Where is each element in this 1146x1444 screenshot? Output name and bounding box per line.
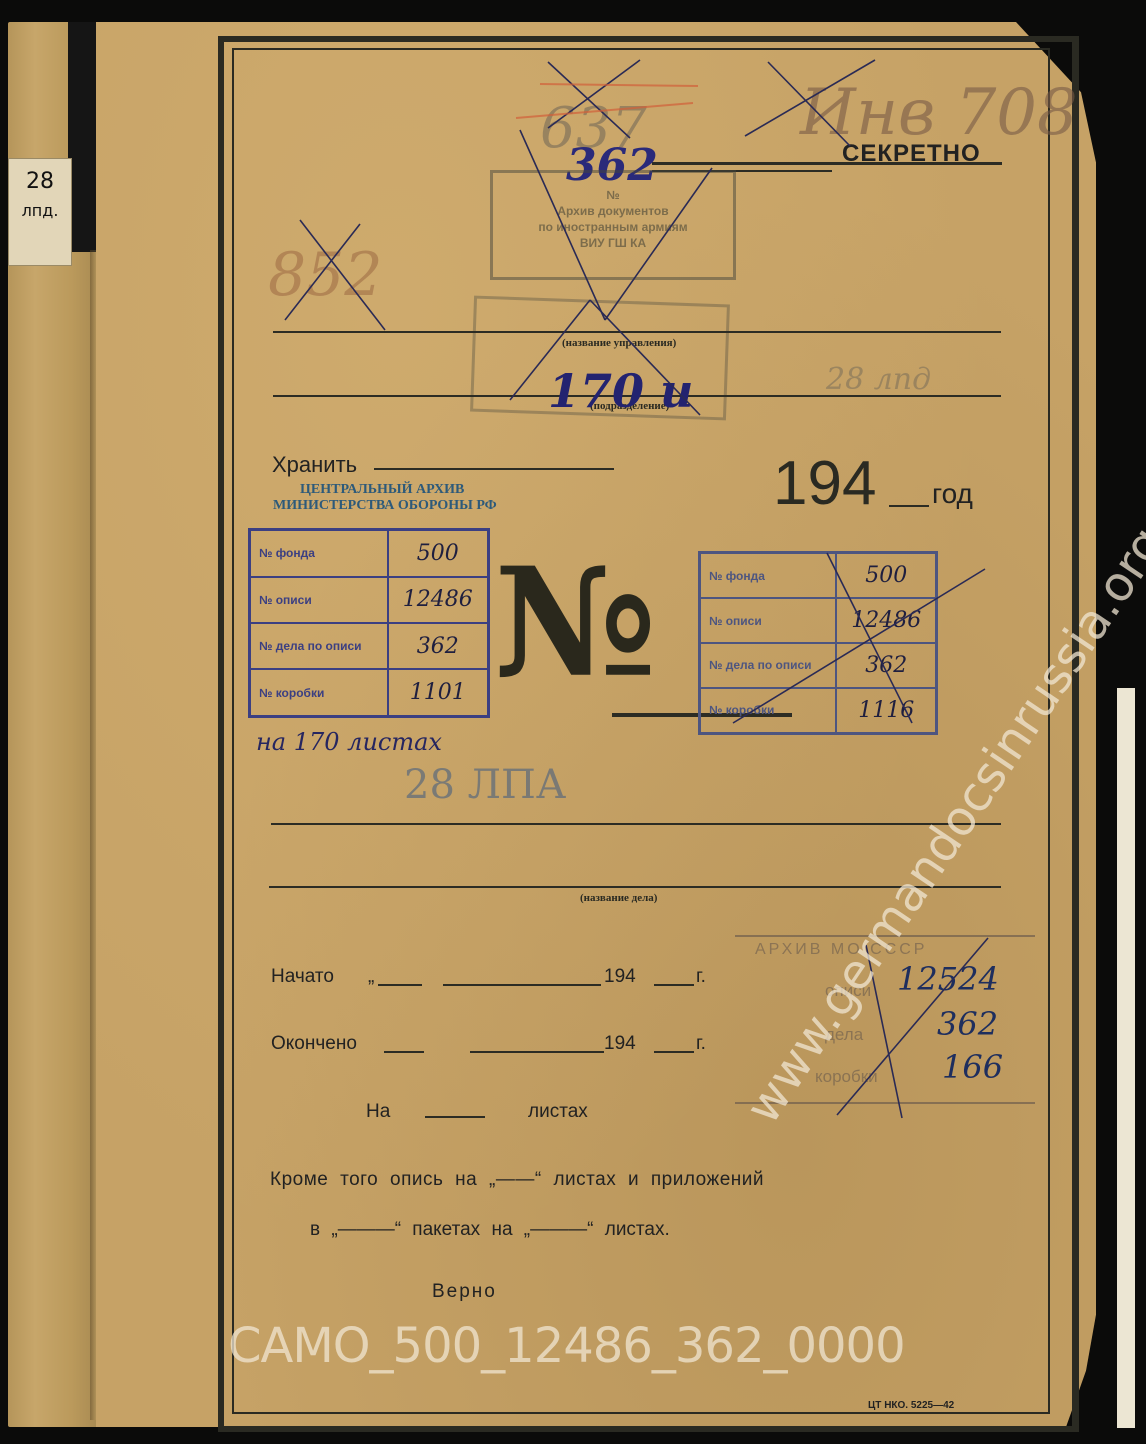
stamp-value: 500 — [836, 553, 936, 599]
spine-label-number: 28 — [26, 171, 54, 193]
case-caption: (название дела) — [580, 892, 657, 904]
ended-day-blank — [384, 1051, 424, 1053]
on-sheets-suffix: листах — [528, 1101, 588, 1123]
correct-label: Верно — [432, 1281, 497, 1303]
stamp-row: № дела по описи362 — [700, 643, 937, 688]
inner-pages-edge — [1117, 688, 1135, 1428]
old-mo-value-2: 362 — [937, 1005, 998, 1043]
started-year-suffix: г. — [696, 966, 706, 988]
ended-year-suffix: г. — [696, 1033, 706, 1055]
unit-handwritten: 170 и — [548, 364, 693, 418]
print-code: ЦТ НКО. 5225—42 — [868, 1400, 954, 1411]
management-caption: (название управления) — [562, 337, 676, 349]
stamp-value: 362 — [836, 643, 936, 688]
ended-month-blank — [470, 1051, 604, 1053]
started-year-blank — [654, 984, 694, 986]
stamp-label: № коробки — [700, 688, 837, 734]
old-mo-label-3: коробки — [815, 1067, 878, 1087]
ended-label: Окончено — [271, 1033, 357, 1055]
on-sheets-blank — [425, 1116, 485, 1118]
started-year-prefix: 194 — [604, 966, 636, 988]
case-title-handwritten: 28 ЛПА — [404, 762, 566, 808]
stamp-row: № фонда500 — [700, 553, 937, 599]
sheets-note: на 170 листах — [256, 728, 442, 756]
stamp-value: 12486 — [836, 598, 936, 643]
secret-underline — [652, 162, 1002, 165]
stamp-value: 500 — [388, 530, 489, 577]
stamp-row: № коробки1116 — [700, 688, 937, 734]
number-sign: № — [494, 548, 647, 698]
struck-inventory-number: Инв 708 — [800, 76, 1078, 150]
keep-label: Хранить — [272, 452, 357, 478]
management-line — [273, 331, 1001, 333]
ended-year-prefix: 194 — [604, 1033, 636, 1055]
old-mo-value-1: 12524 — [897, 960, 999, 998]
stamp-value: 12486 — [388, 577, 489, 623]
file-id-watermark: CAMO_500_12486_362_0000 — [228, 1318, 905, 1374]
besides-line: Кроме того опись на „——“ листах и прилож… — [270, 1169, 764, 1191]
spine-crease — [90, 250, 96, 1420]
struck-side-number: 852 — [268, 240, 383, 310]
on-sheets-prefix: На — [366, 1101, 390, 1123]
ended-year-blank — [654, 1051, 694, 1053]
stamp-label: № описи — [700, 598, 837, 643]
spine-shadow — [68, 22, 96, 252]
started-month-blank — [443, 984, 601, 986]
year-blank — [889, 505, 929, 507]
stamp-label: № дела по описи — [700, 643, 837, 688]
year-suffix: год — [932, 478, 973, 510]
started-quote-open: „ — [368, 966, 374, 988]
right-archive-stamp: № фонда500 № описи12486 № дела по описи3… — [698, 551, 938, 735]
stamp-label: № фонда — [700, 553, 837, 599]
stamp-row: № описи12486 — [700, 598, 937, 643]
packets-line: в „———“ пакетах на „———“ листах. — [310, 1219, 670, 1241]
year-prefix: 194 — [773, 448, 876, 519]
old-stamp-line-2: Архив документов — [493, 203, 733, 219]
stamp-value: 1116 — [836, 688, 936, 734]
faded-unit-note: 28 лпд — [826, 362, 931, 397]
stamp-value: 1101 — [388, 669, 489, 716]
spine-label-sub: лпд. — [22, 201, 59, 220]
old-mo-value-3: 166 — [942, 1048, 1003, 1086]
started-label: Начато — [271, 966, 334, 988]
case-line-1 — [271, 823, 1001, 825]
stamp-value: 362 — [388, 623, 489, 669]
spine-label: 28 лпд. — [8, 158, 72, 266]
started-day-blank — [378, 984, 422, 986]
